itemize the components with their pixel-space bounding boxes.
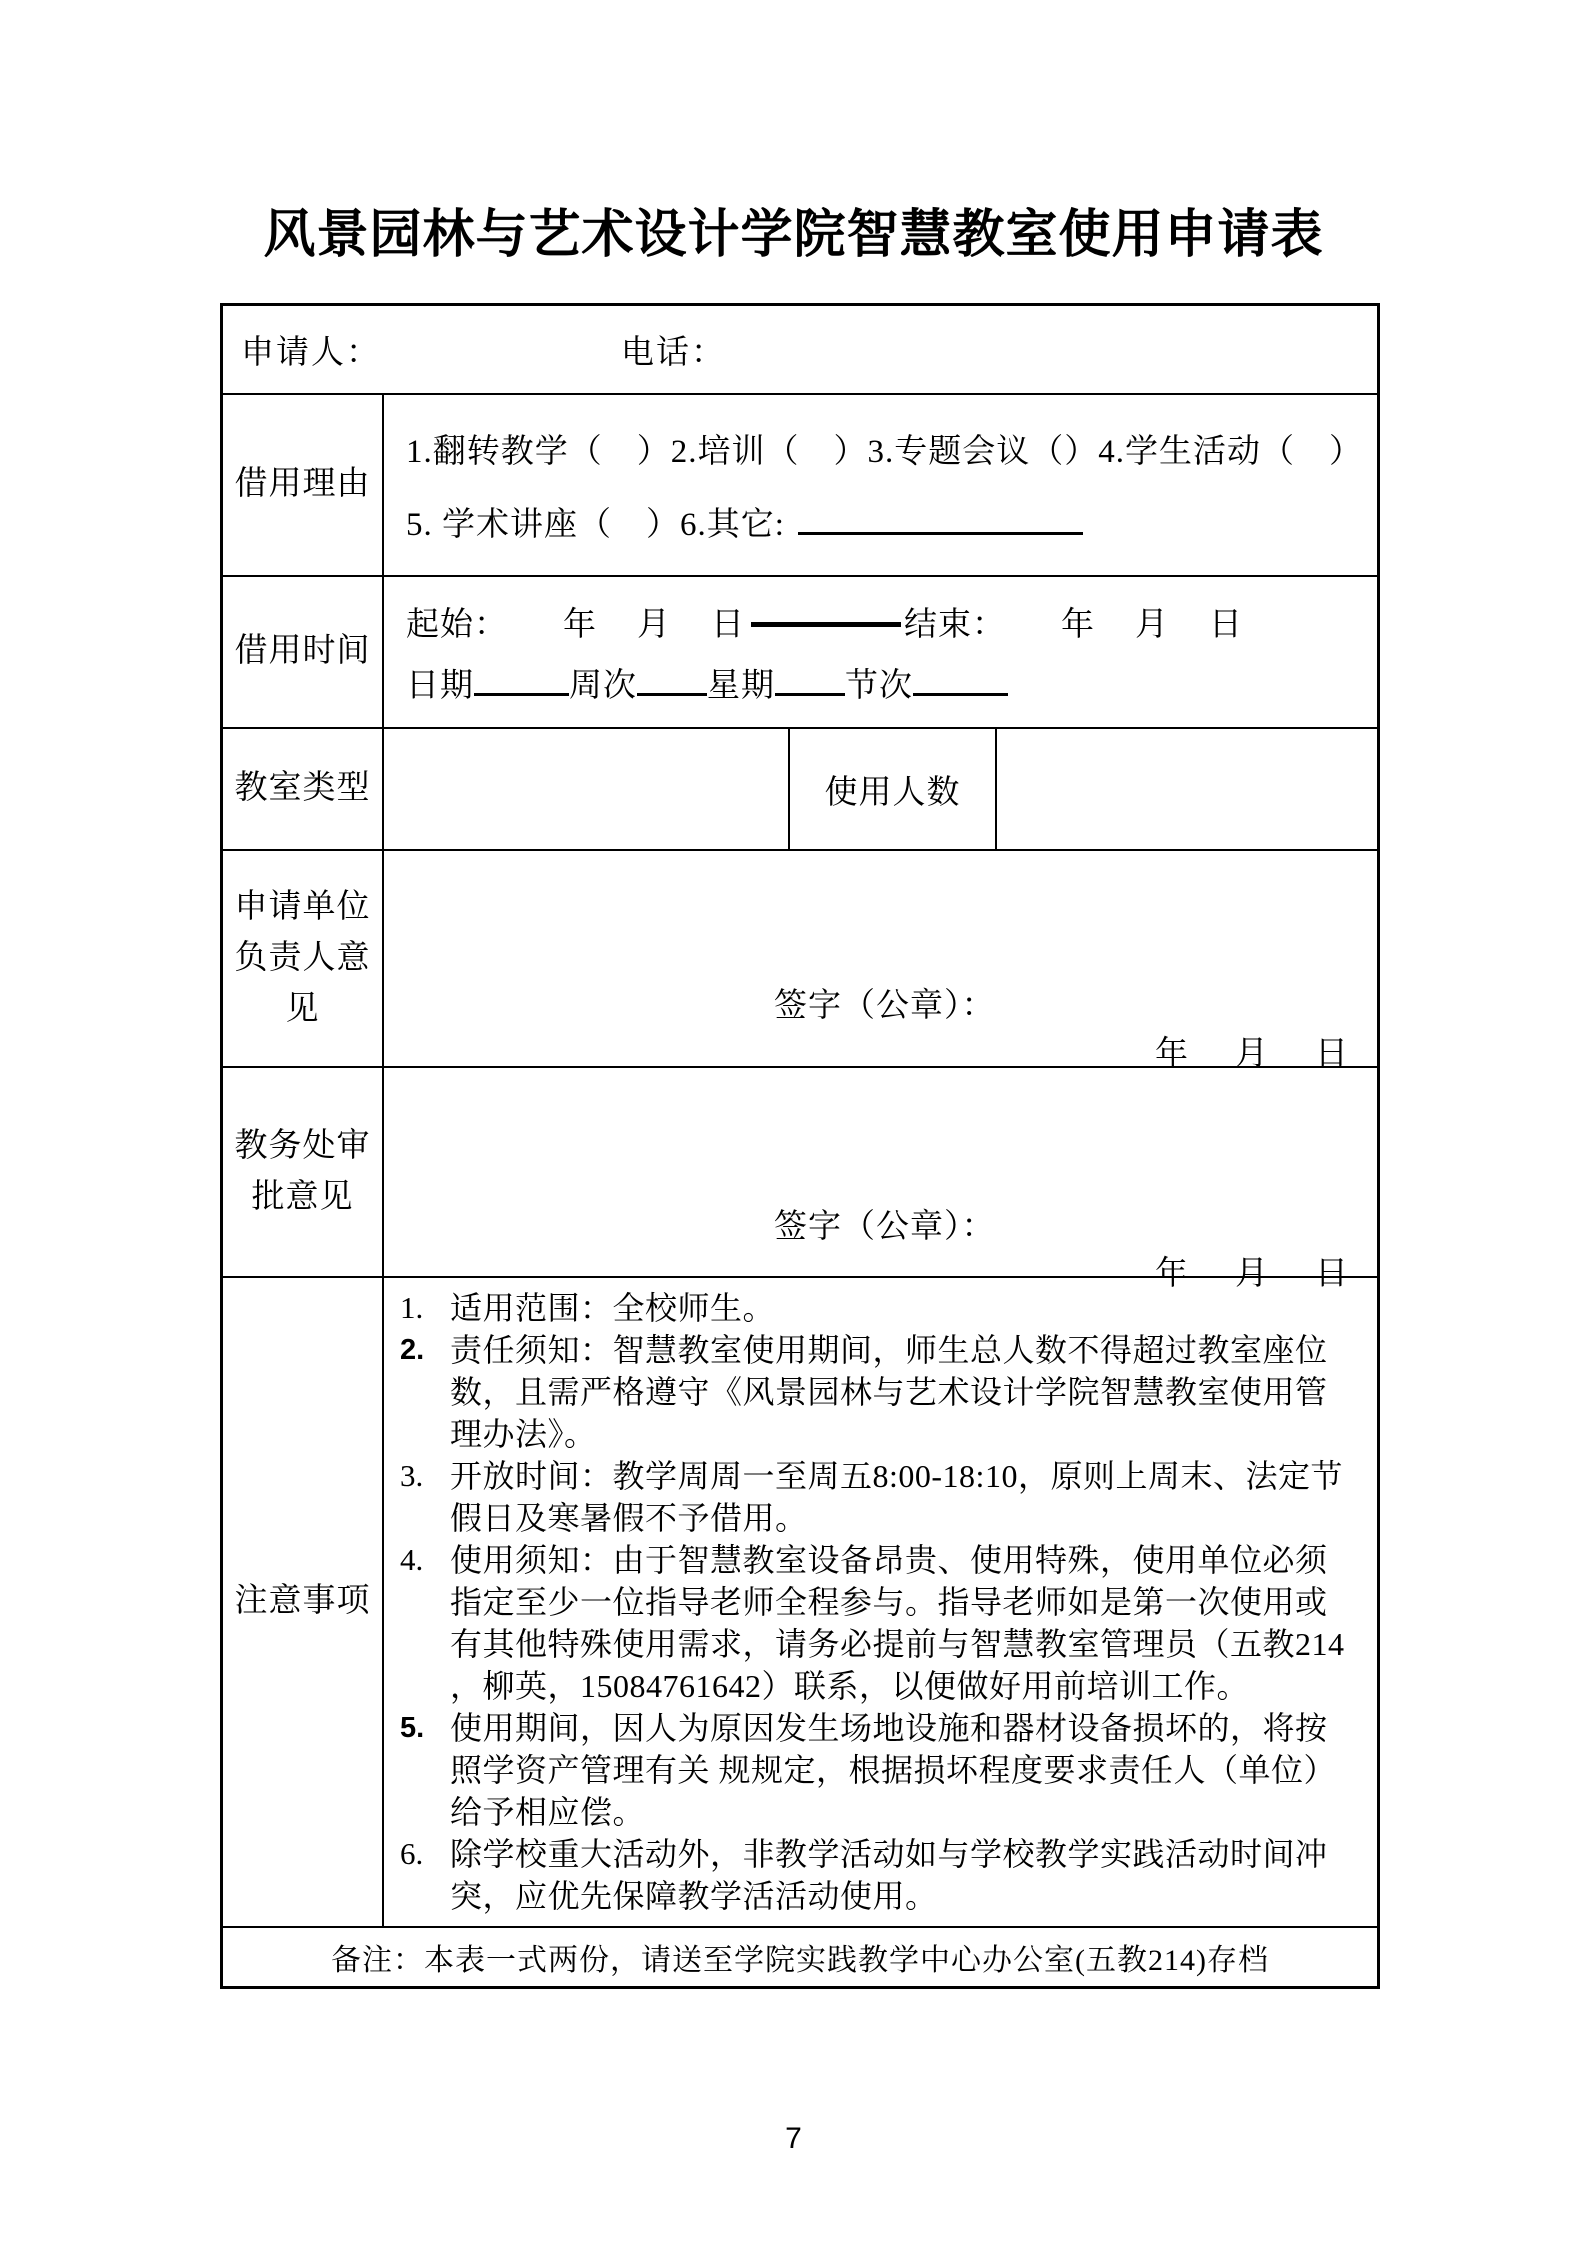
leader-date-label: 年 月 日	[1155, 1027, 1355, 1074]
applicant-cell[interactable]: 申请人： 电话：	[223, 306, 1377, 393]
note-item: 3.开放时间：教学周周一至周五8:00-18:10，原则上周末、法定节假日及寒暑…	[392, 1455, 1353, 1539]
classroom-type-value-cell[interactable]	[384, 729, 790, 849]
note-number: 6.	[392, 1833, 450, 1875]
reason-options-line2[interactable]: 5. 学术讲座（ ）6.其它:	[406, 498, 1377, 545]
start-ymd-label: 年 月 日	[563, 607, 748, 643]
reason-options-line1[interactable]: 1.翻转教学（ ）2.培训（ ）3.专题会议（）4.学生活动（ ）	[406, 425, 1377, 472]
notes-list: 1.适用范围：全校师生。2.责任须知：智慧教室使用期间，师生总人数不得超过教室座…	[384, 1278, 1377, 1926]
time-detail-line: 日期周次星期节次	[406, 659, 1377, 706]
page-number: 7	[0, 2122, 1587, 2156]
note-number: 3.	[392, 1455, 450, 1497]
note-number: 5.	[392, 1707, 450, 1749]
page-title: 风景园林与艺术设计学院智慧教室使用申请表	[0, 192, 1587, 267]
weekday-blank[interactable]	[775, 660, 845, 696]
note-item: 2.责任须知：智慧教室使用期间，师生总人数不得超过教室座位数，且需严格遵守《风景…	[392, 1329, 1353, 1455]
note-item: 1.适用范围：全校师生。	[392, 1287, 1353, 1329]
note-item: 5.使用期间，因人为原因发生场地设施和器材设备损坏的，将按照学资产管理有关 规规…	[392, 1707, 1353, 1833]
note-number: 1.	[392, 1287, 450, 1329]
weekday-slot-label: 星期	[707, 668, 775, 704]
note-item: 4.使用须知：由于智慧教室设备昂贵、使用特殊，使用单位必须指定至少一位指导老师全…	[392, 1539, 1353, 1707]
end-label: 结束：	[904, 607, 1006, 643]
note-text: 开放时间：教学周周一至周五8:00-18:10，原则上周末、法定节假日及寒暑假不…	[450, 1455, 1353, 1539]
notes-row-label: 注意事项	[223, 1278, 384, 1926]
office-opinion-label: 教务处审批意见	[223, 1068, 384, 1276]
notes-row: 注意事项 1.适用范围：全校师生。2.责任须知：智慧教室使用期间，师生总人数不得…	[223, 1276, 1377, 1926]
office-sign-label: 签字（公章）：	[774, 1200, 996, 1247]
time-fields-cell: 起始：年 月 日结束：年 月 日 日期周次星期节次	[384, 577, 1377, 727]
note-text: 适用范围：全校师生。	[450, 1287, 1353, 1329]
week-blank[interactable]	[637, 660, 707, 696]
week-slot-label: 周次	[569, 668, 637, 704]
time-row: 借用时间 起始：年 月 日结束：年 月 日 日期周次星期节次	[223, 575, 1377, 727]
note-text: 除学校重大活动外，非教学活动如与学校教学实践活动时间冲突，应优先保障教学活活动使…	[450, 1833, 1353, 1917]
note-item: 6.除学校重大活动外，非教学活动如与学校教学实践活动时间冲突，应优先保障教学活活…	[392, 1833, 1353, 1917]
reason-row: 借用理由 1.翻转教学（ ）2.培训（ ）3.专题会议（）4.学生活动（ ） 5…	[223, 393, 1377, 575]
note-number: 4.	[392, 1539, 450, 1581]
application-form-table: 申请人： 电话： 借用理由 1.翻转教学（ ）2.培训（ ）3.专题会议（）4.…	[220, 303, 1380, 1989]
reason-row-label: 借用理由	[223, 395, 384, 575]
period-slot-label: 节次	[845, 668, 913, 704]
leader-sign-label: 签字（公章）：	[774, 979, 996, 1026]
time-range-line[interactable]: 起始：年 月 日结束：年 月 日	[406, 598, 1377, 645]
note-text: 使用须知：由于智慧教室设备昂贵、使用特殊，使用单位必须指定至少一位指导老师全程参…	[450, 1539, 1353, 1707]
date-slot-label: 日期	[406, 668, 474, 704]
remark-row: 备注：本表一式两份，请送至学院实践教学中心办公室(五教214)存档	[223, 1926, 1377, 1986]
applicant-row: 申请人： 电话：	[223, 306, 1377, 393]
classroom-row: 教室类型 使用人数	[223, 727, 1377, 849]
period-blank[interactable]	[913, 660, 1008, 696]
office-opinion-row: 教务处审批意见 签字（公章）： 年 月 日	[223, 1066, 1377, 1276]
reason-options-line2-text: 5. 学术讲座（ ）6.其它:	[406, 507, 785, 543]
range-dash	[751, 622, 901, 627]
date-blank[interactable]	[474, 660, 569, 696]
capacity-value-cell[interactable]	[997, 729, 1377, 849]
phone-label: 电话：	[621, 326, 726, 373]
leader-opinion-cell[interactable]: 签字（公章）： 年 月 日	[384, 851, 1377, 1066]
leader-opinion-row: 申请单位负责人意见 签字（公章）： 年 月 日	[223, 849, 1377, 1066]
note-number: 2.	[392, 1329, 450, 1371]
classroom-type-label: 教室类型	[223, 729, 384, 849]
applicant-label: 申请人：	[241, 326, 381, 373]
office-opinion-cell[interactable]: 签字（公章）： 年 月 日	[384, 1068, 1377, 1276]
note-text: 责任须知：智慧教室使用期间，师生总人数不得超过教室座位数，且需严格遵守《风景园林…	[450, 1329, 1353, 1455]
end-ymd-label: 年 月 日	[1061, 607, 1246, 643]
start-label: 起始：	[406, 607, 508, 643]
note-text: 使用期间，因人为原因发生场地设施和器材设备损坏的，将按照学资产管理有关 规规定，…	[450, 1707, 1353, 1833]
remark-text: 备注：本表一式两份，请送至学院实践教学中心办公室(五教214)存档	[223, 1928, 1377, 1986]
leader-opinion-label: 申请单位负责人意见	[223, 851, 384, 1066]
other-reason-blank[interactable]	[798, 499, 1083, 535]
document-page: 风景园林与艺术设计学院智慧教室使用申请表 申请人： 电话： 借用理由 1.翻转教…	[0, 0, 1587, 2245]
time-row-label: 借用时间	[223, 577, 384, 727]
reason-options-cell: 1.翻转教学（ ）2.培训（ ）3.专题会议（）4.学生活动（ ） 5. 学术讲…	[384, 395, 1377, 575]
capacity-label: 使用人数	[790, 729, 997, 849]
